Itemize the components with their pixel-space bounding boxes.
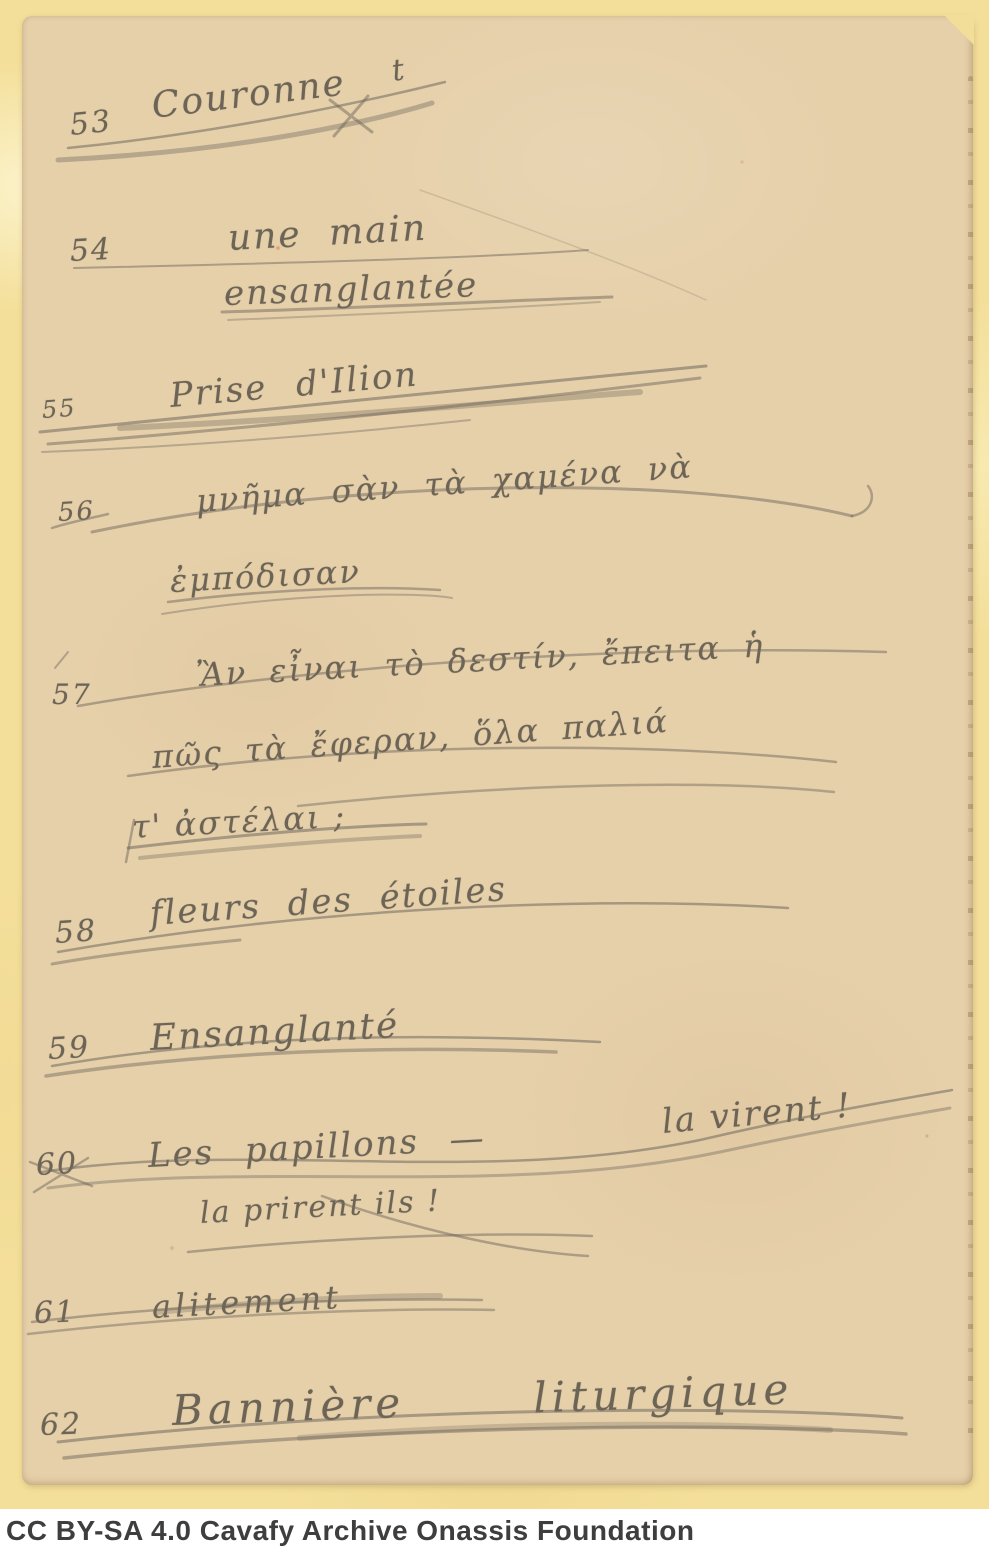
item-number: 60 <box>35 1146 79 1183</box>
item-number: 62 <box>39 1407 82 1443</box>
license-caption-text: CC BY-SA 4.0 Cavafy Archive Onassis Foun… <box>0 1515 694 1547</box>
item-number: 56 <box>57 496 96 528</box>
clipped-corner <box>944 15 974 45</box>
license-caption-bar: CC BY-SA 4.0 Cavafy Archive Onassis Foun… <box>0 1509 989 1553</box>
item-number: 54 <box>69 232 113 269</box>
paper-deckle-edge <box>968 76 973 1436</box>
item-number: 58 <box>54 913 99 951</box>
item-number: 53 <box>68 104 114 143</box>
item-number: 55 <box>41 394 77 424</box>
item-number: 61 <box>33 1295 76 1331</box>
scan-background: 53 Couronne t 54 une main ensanglantée 5… <box>0 0 989 1553</box>
item-number: 59 <box>47 1030 91 1067</box>
item-number: 57 <box>52 678 92 711</box>
